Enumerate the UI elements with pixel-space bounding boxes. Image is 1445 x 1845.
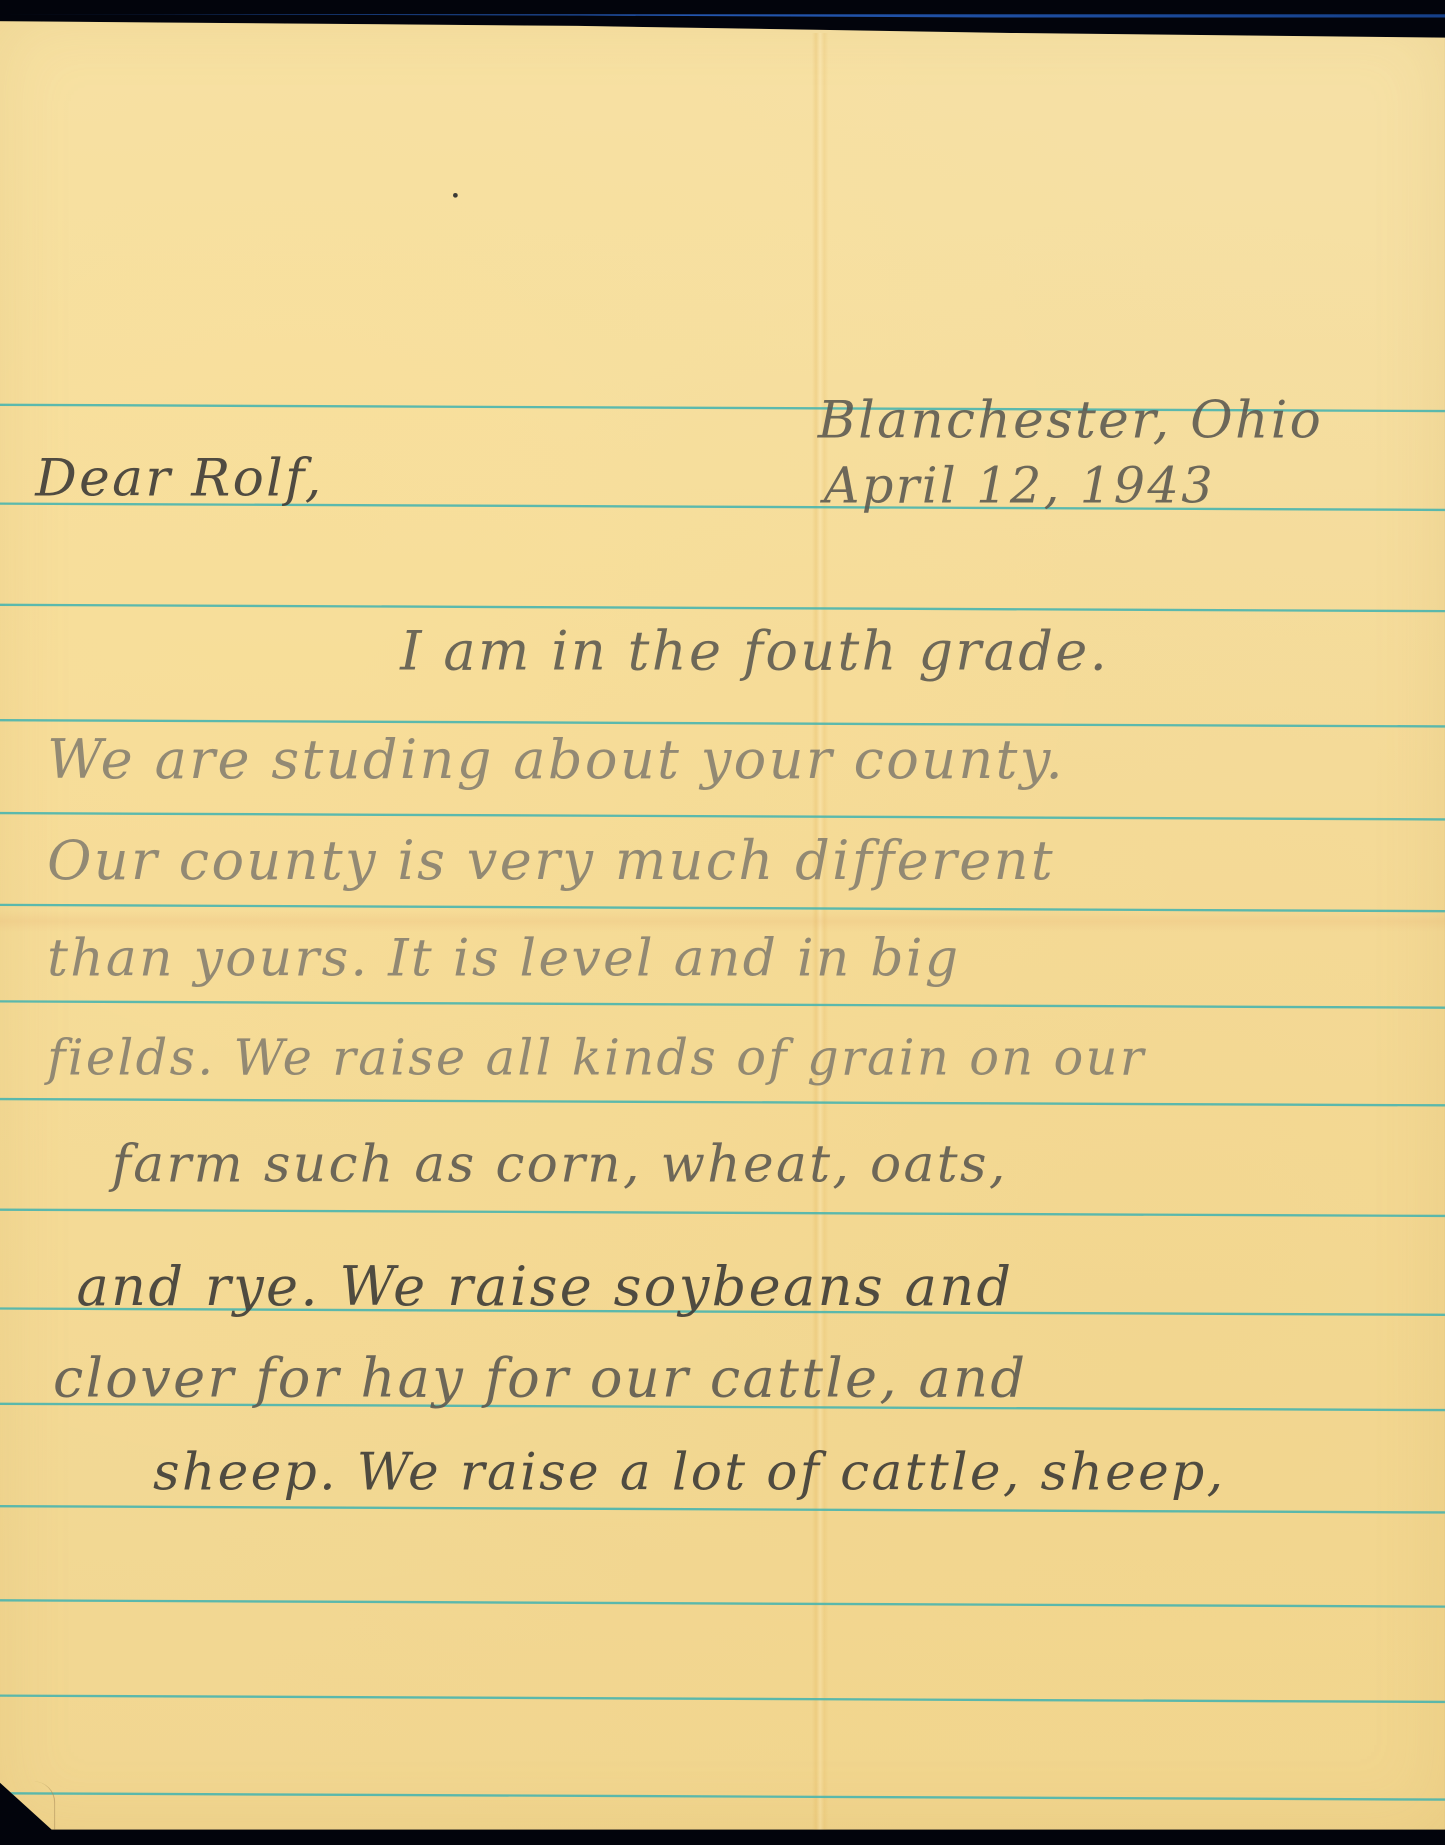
body-line-5: fields. We raise all kinds of grain on o… xyxy=(47,1028,1146,1086)
letter-place: Blanchester, Ohio xyxy=(818,391,1323,451)
body-line-1: I am in the fouth grade. xyxy=(400,619,1109,683)
ruled-line xyxy=(0,812,1445,821)
ruled-line xyxy=(0,1208,1445,1217)
letter-date: April 12, 1943 xyxy=(824,457,1215,515)
body-line-6: farm such as corn, wheat, oats, xyxy=(112,1134,1008,1194)
paper-top-edge xyxy=(0,14,1445,18)
ruled-line xyxy=(0,1694,1445,1703)
ruled-line xyxy=(0,1792,1445,1801)
body-line-7: and rye. We raise soybeans and xyxy=(76,1254,1013,1318)
scan-stage: Blanchester, Ohio April 12, 1943 Dear Ro… xyxy=(0,0,1445,1845)
letter-paper: Blanchester, Ohio April 12, 1943 Dear Ro… xyxy=(0,16,1445,1829)
ruled-line xyxy=(0,1599,1445,1608)
ink-speck xyxy=(453,193,458,198)
corner-crease xyxy=(0,1782,55,1845)
body-line-2: We are studing about your county. xyxy=(47,727,1065,791)
ruled-line xyxy=(0,1000,1445,1009)
body-line-8: clover for hay for our cattle, and xyxy=(53,1346,1027,1410)
body-line-9: sheep. We raise a lot of cattle, sheep, xyxy=(153,1443,1225,1503)
salutation: Dear Rolf, xyxy=(35,448,323,508)
body-line-4: than yours. It is level and in big xyxy=(47,928,960,988)
ruled-line xyxy=(0,604,1445,613)
body-line-3: Our county is very much different xyxy=(47,828,1055,892)
ruled-line xyxy=(0,1098,1445,1107)
ruled-line xyxy=(0,1505,1445,1514)
